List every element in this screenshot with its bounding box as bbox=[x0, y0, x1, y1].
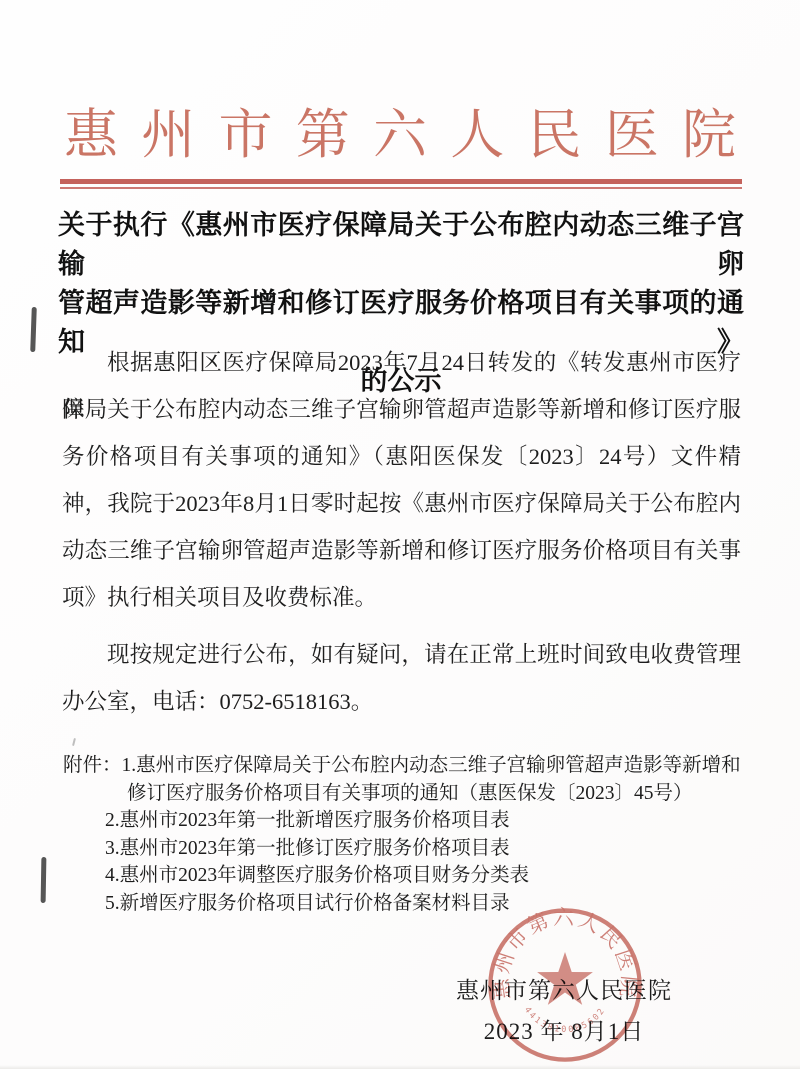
attachment-line: 3.惠州市2023年第一批修订医疗服务价格项目表 bbox=[63, 835, 745, 863]
attachment-line: 4.惠州市2023年调整医疗服务价格项目财务分类表 bbox=[63, 862, 745, 890]
letterhead-rule-thick bbox=[60, 179, 742, 184]
scan-artifact-bar bbox=[41, 857, 47, 903]
paragraph-2: 现按规定进行公布，如有疑问，请在正常上班时间致电收费管理 办公室，电话：0752… bbox=[62, 631, 741, 725]
body-line: 动态三维子宫输卵管超声造影等新增和修订医疗服务价格项目有关事 bbox=[62, 527, 741, 574]
letterhead-rule-thin bbox=[60, 187, 742, 189]
title-line: 关于执行《惠州市医疗保障局关于公布腔内动态三维子宫输卵 bbox=[58, 206, 744, 284]
body-line: 根据惠阳区医疗保障局2023年7月24日转发的《转发惠州市医疗保 bbox=[62, 339, 741, 386]
body-line: 神，我院于2023年8月1日零时起按《惠州市医疗保障局关于公布腔内 bbox=[62, 480, 741, 527]
scan-bottom-edge bbox=[0, 1065, 800, 1069]
official-seal-stamp: 惠州市第六人民医院 4413810005602 bbox=[480, 900, 650, 1069]
seal-serial-number: 4413810005602 bbox=[522, 1005, 608, 1035]
attachment-line: 附件：1.惠州市医疗保障局关于公布腔内动态三维子宫输卵管超声造影等新增和 bbox=[63, 752, 745, 780]
scanned-notice-page: 惠州市第六人民医院 关于执行《惠州市医疗保障局关于公布腔内动态三维子宫输卵 管超… bbox=[0, 0, 800, 1069]
body-line: 务价格项目有关事项的通知》（惠阳医保发〔2023〕24号）文件精 bbox=[62, 433, 741, 480]
hospital-letterhead: 惠州市第六人民医院 bbox=[64, 103, 736, 167]
scan-artifact-bar bbox=[30, 307, 37, 352]
scan-artifact-dash bbox=[72, 738, 76, 746]
body-line: 项》执行相关项目及收费标准。 bbox=[62, 574, 741, 621]
seal-star-icon bbox=[537, 952, 593, 1005]
attachment-line: 修订医疗服务价格项目有关事项的通知（惠医保发〔2023〕45号） bbox=[63, 780, 745, 808]
body-line: 办公室，电话：0752-6518163。 bbox=[62, 678, 741, 725]
notice-body: 根据惠阳区医疗保障局2023年7月24日转发的《转发惠州市医疗保 障局关于公布腔… bbox=[62, 339, 741, 725]
body-line: 障局关于公布腔内动态三维子宫输卵管超声造影等新增和修订医疗服 bbox=[62, 386, 741, 433]
body-line: 现按规定进行公布，如有疑问，请在正常上班时间致电收费管理 bbox=[62, 631, 741, 678]
attachments-list: 附件：1.惠州市医疗保障局关于公布腔内动态三维子宫输卵管超声造影等新增和 修订医… bbox=[63, 752, 745, 918]
attachment-line: 2.惠州市2023年第一批新增医疗服务价格项目表 bbox=[63, 807, 745, 835]
paragraph-1: 根据惠阳区医疗保障局2023年7月24日转发的《转发惠州市医疗保 障局关于公布腔… bbox=[62, 339, 741, 621]
